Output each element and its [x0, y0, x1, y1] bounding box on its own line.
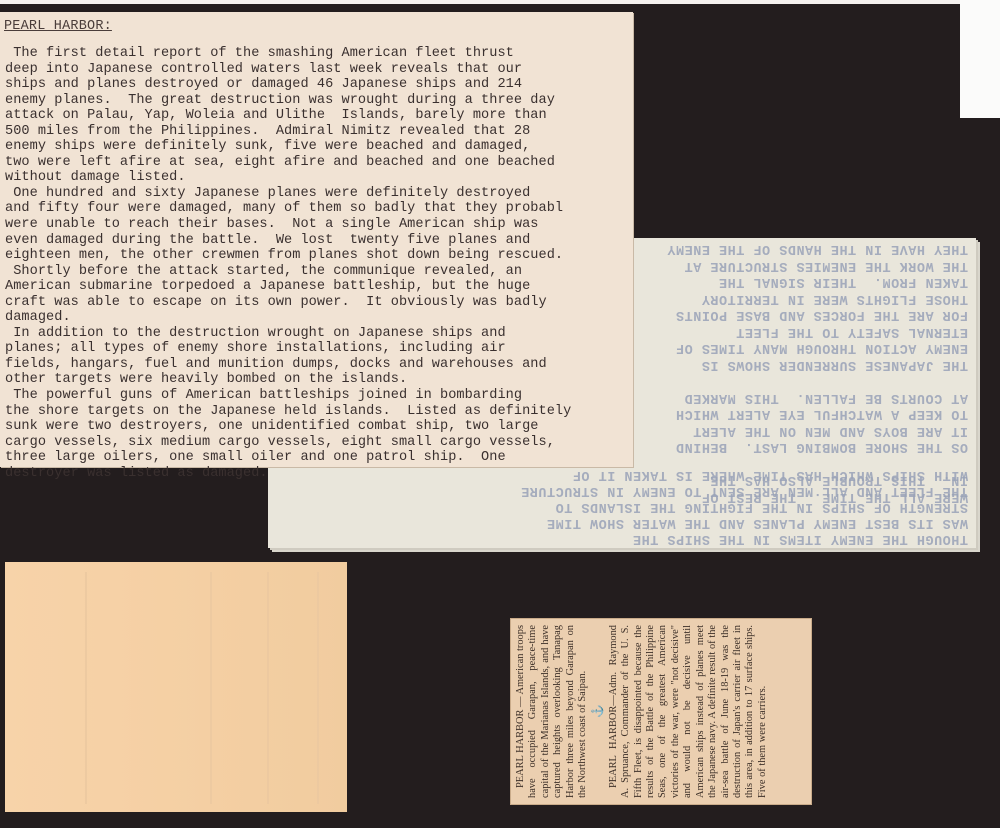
scan-margin: [960, 0, 1000, 118]
clipping-paragraph-garapan: PEARL HARBOR — American troops have occu…: [515, 625, 589, 798]
clipping-paragraph-spruance: PEARL HARBOR—Adm. Raymond A. Spruance, C…: [608, 625, 769, 798]
anchor-icon: ⚓: [592, 625, 604, 798]
typed-report-page: PEARL HARBOR: The first detail report of…: [0, 12, 633, 467]
newspaper-clipping: PEARL HARBOR — American troops have occu…: [510, 618, 812, 805]
report-heading: PEARL HARBOR:: [4, 19, 112, 34]
scan-edge: [0, 0, 1000, 4]
blank-envelope: [5, 562, 347, 812]
report-body: The first detail report of the smashing …: [5, 46, 630, 481]
clipping-text: PEARL HARBOR — American troops have occu…: [511, 619, 811, 804]
show-through-text-top: WERE ALL THE TIME. THE REST OF IN. THIS …: [638, 240, 968, 504]
